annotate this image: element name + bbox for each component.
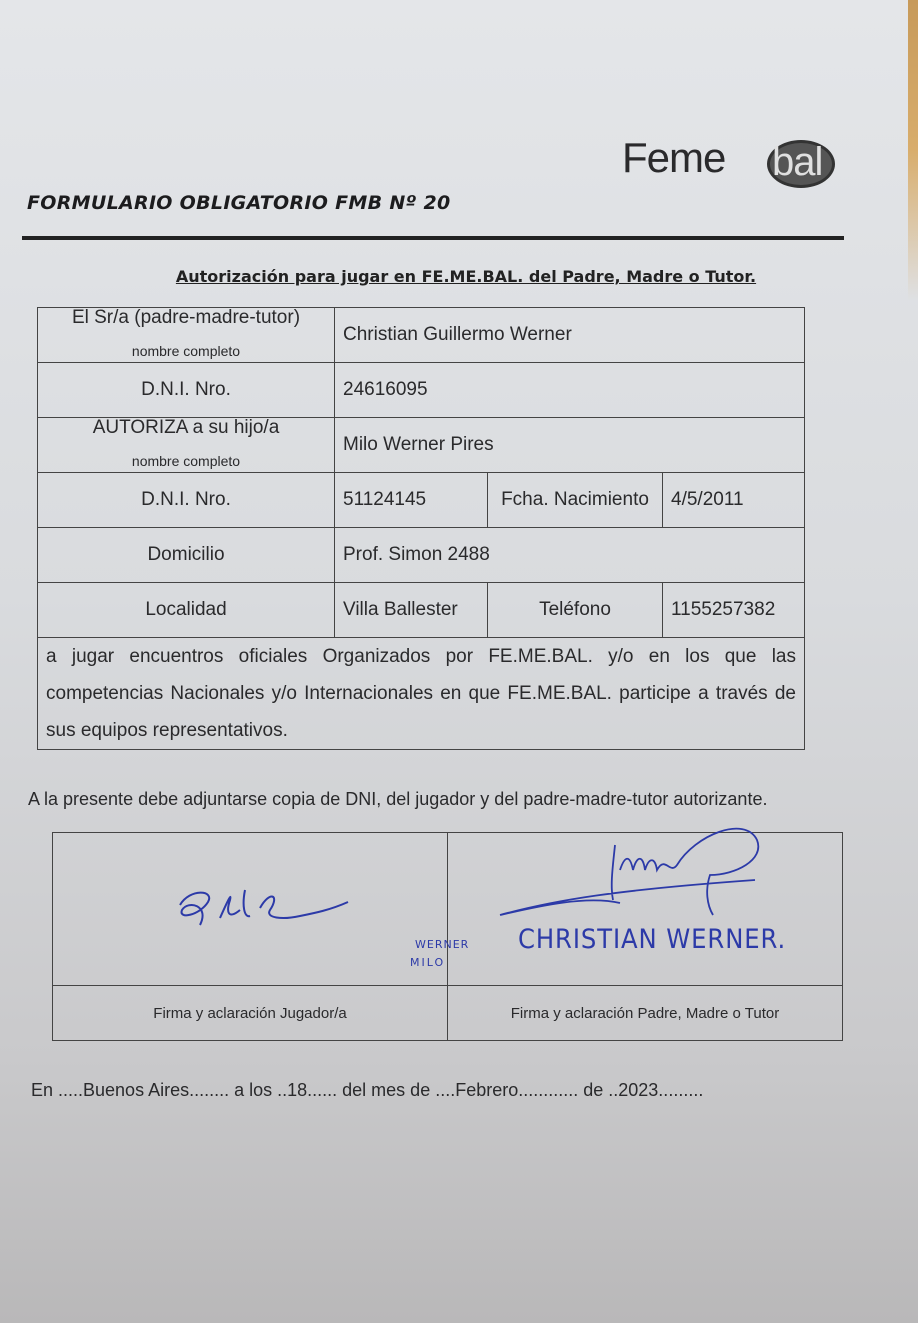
child-dni-label: D.N.I. Nro. [38, 473, 335, 528]
logo-text: Feme [622, 134, 725, 182]
form-subtitle: Autorización para jugar en FE.ME.BAL. de… [0, 267, 918, 286]
parent-dni-field[interactable]: 24616095 [335, 363, 805, 418]
femebal-logo: Feme bal [622, 134, 842, 194]
player-clarification-name: MILO [410, 956, 445, 969]
address-label: Domicilio [38, 528, 335, 583]
header-divider [22, 236, 844, 240]
birth-date-label: Fcha. Nacimiento [488, 473, 663, 528]
child-dni-row: D.N.I. Nro. 51124145 Fcha. Nacimiento 4/… [38, 473, 805, 528]
player-signature-scribble [170, 880, 360, 940]
authorization-text-row: a jugar encuentros oficiales Organizados… [38, 638, 805, 750]
child-label-cell: AUTORIZA a su hijo/a nombre completo [38, 418, 335, 473]
parent-clarification: CHRISTIAN WERNER. [518, 924, 786, 955]
form-title: FORMULARIO OBLIGATORIO FMB Nº 20 [27, 192, 451, 214]
child-name-field[interactable]: Milo Werner Pires [335, 418, 805, 473]
phone-label: Teléfono [488, 583, 663, 638]
parent-signature-caption: Firma y aclaración Padre, Madre o Tutor [448, 986, 843, 1041]
authorization-form-table: El Sr/a (padre-madre-tutor) nombre compl… [37, 307, 805, 750]
address-row: Domicilio Prof. Simon 2488 [38, 528, 805, 583]
city-row: Localidad Villa Ballester Teléfono 11552… [38, 583, 805, 638]
parent-sublabel: nombre completo [46, 343, 326, 359]
logo-text-bal: bal [772, 140, 822, 185]
authorization-paragraph: a jugar encuentros oficiales Organizados… [38, 638, 805, 750]
city-label: Localidad [38, 583, 335, 638]
child-label: AUTORIZA a su hijo/a [46, 417, 326, 439]
child-name-row: AUTORIZA a su hijo/a nombre completo Mil… [38, 418, 805, 473]
parent-label-cell: El Sr/a (padre-madre-tutor) nombre compl… [38, 308, 335, 363]
child-dni-field[interactable]: 51124145 [335, 473, 488, 528]
address-field[interactable]: Prof. Simon 2488 [335, 528, 805, 583]
city-field[interactable]: Villa Ballester [335, 583, 488, 638]
attachment-note: A la presente debe adjuntarse copia de D… [28, 789, 767, 810]
parent-name-row: El Sr/a (padre-madre-tutor) nombre compl… [38, 308, 805, 363]
parent-dni-label: D.N.I. Nro. [38, 363, 335, 418]
parent-name-field[interactable]: Christian Guillermo Werner [335, 308, 805, 363]
player-clarification-surname: WERNER [415, 938, 469, 951]
parent-label: El Sr/a (padre-madre-tutor) [46, 307, 326, 329]
place-date-line: En .....Buenos Aires........ a los ..18.… [31, 1080, 703, 1101]
parent-dni-row: D.N.I. Nro. 24616095 [38, 363, 805, 418]
table-surface-edge [908, 0, 918, 300]
player-signature-caption: Firma y aclaración Jugador/a [53, 986, 448, 1041]
child-sublabel: nombre completo [46, 453, 326, 469]
parent-signature-scribble [495, 815, 765, 925]
birth-date-field[interactable]: 4/5/2011 [663, 473, 805, 528]
phone-field[interactable]: 1155257382 [663, 583, 805, 638]
